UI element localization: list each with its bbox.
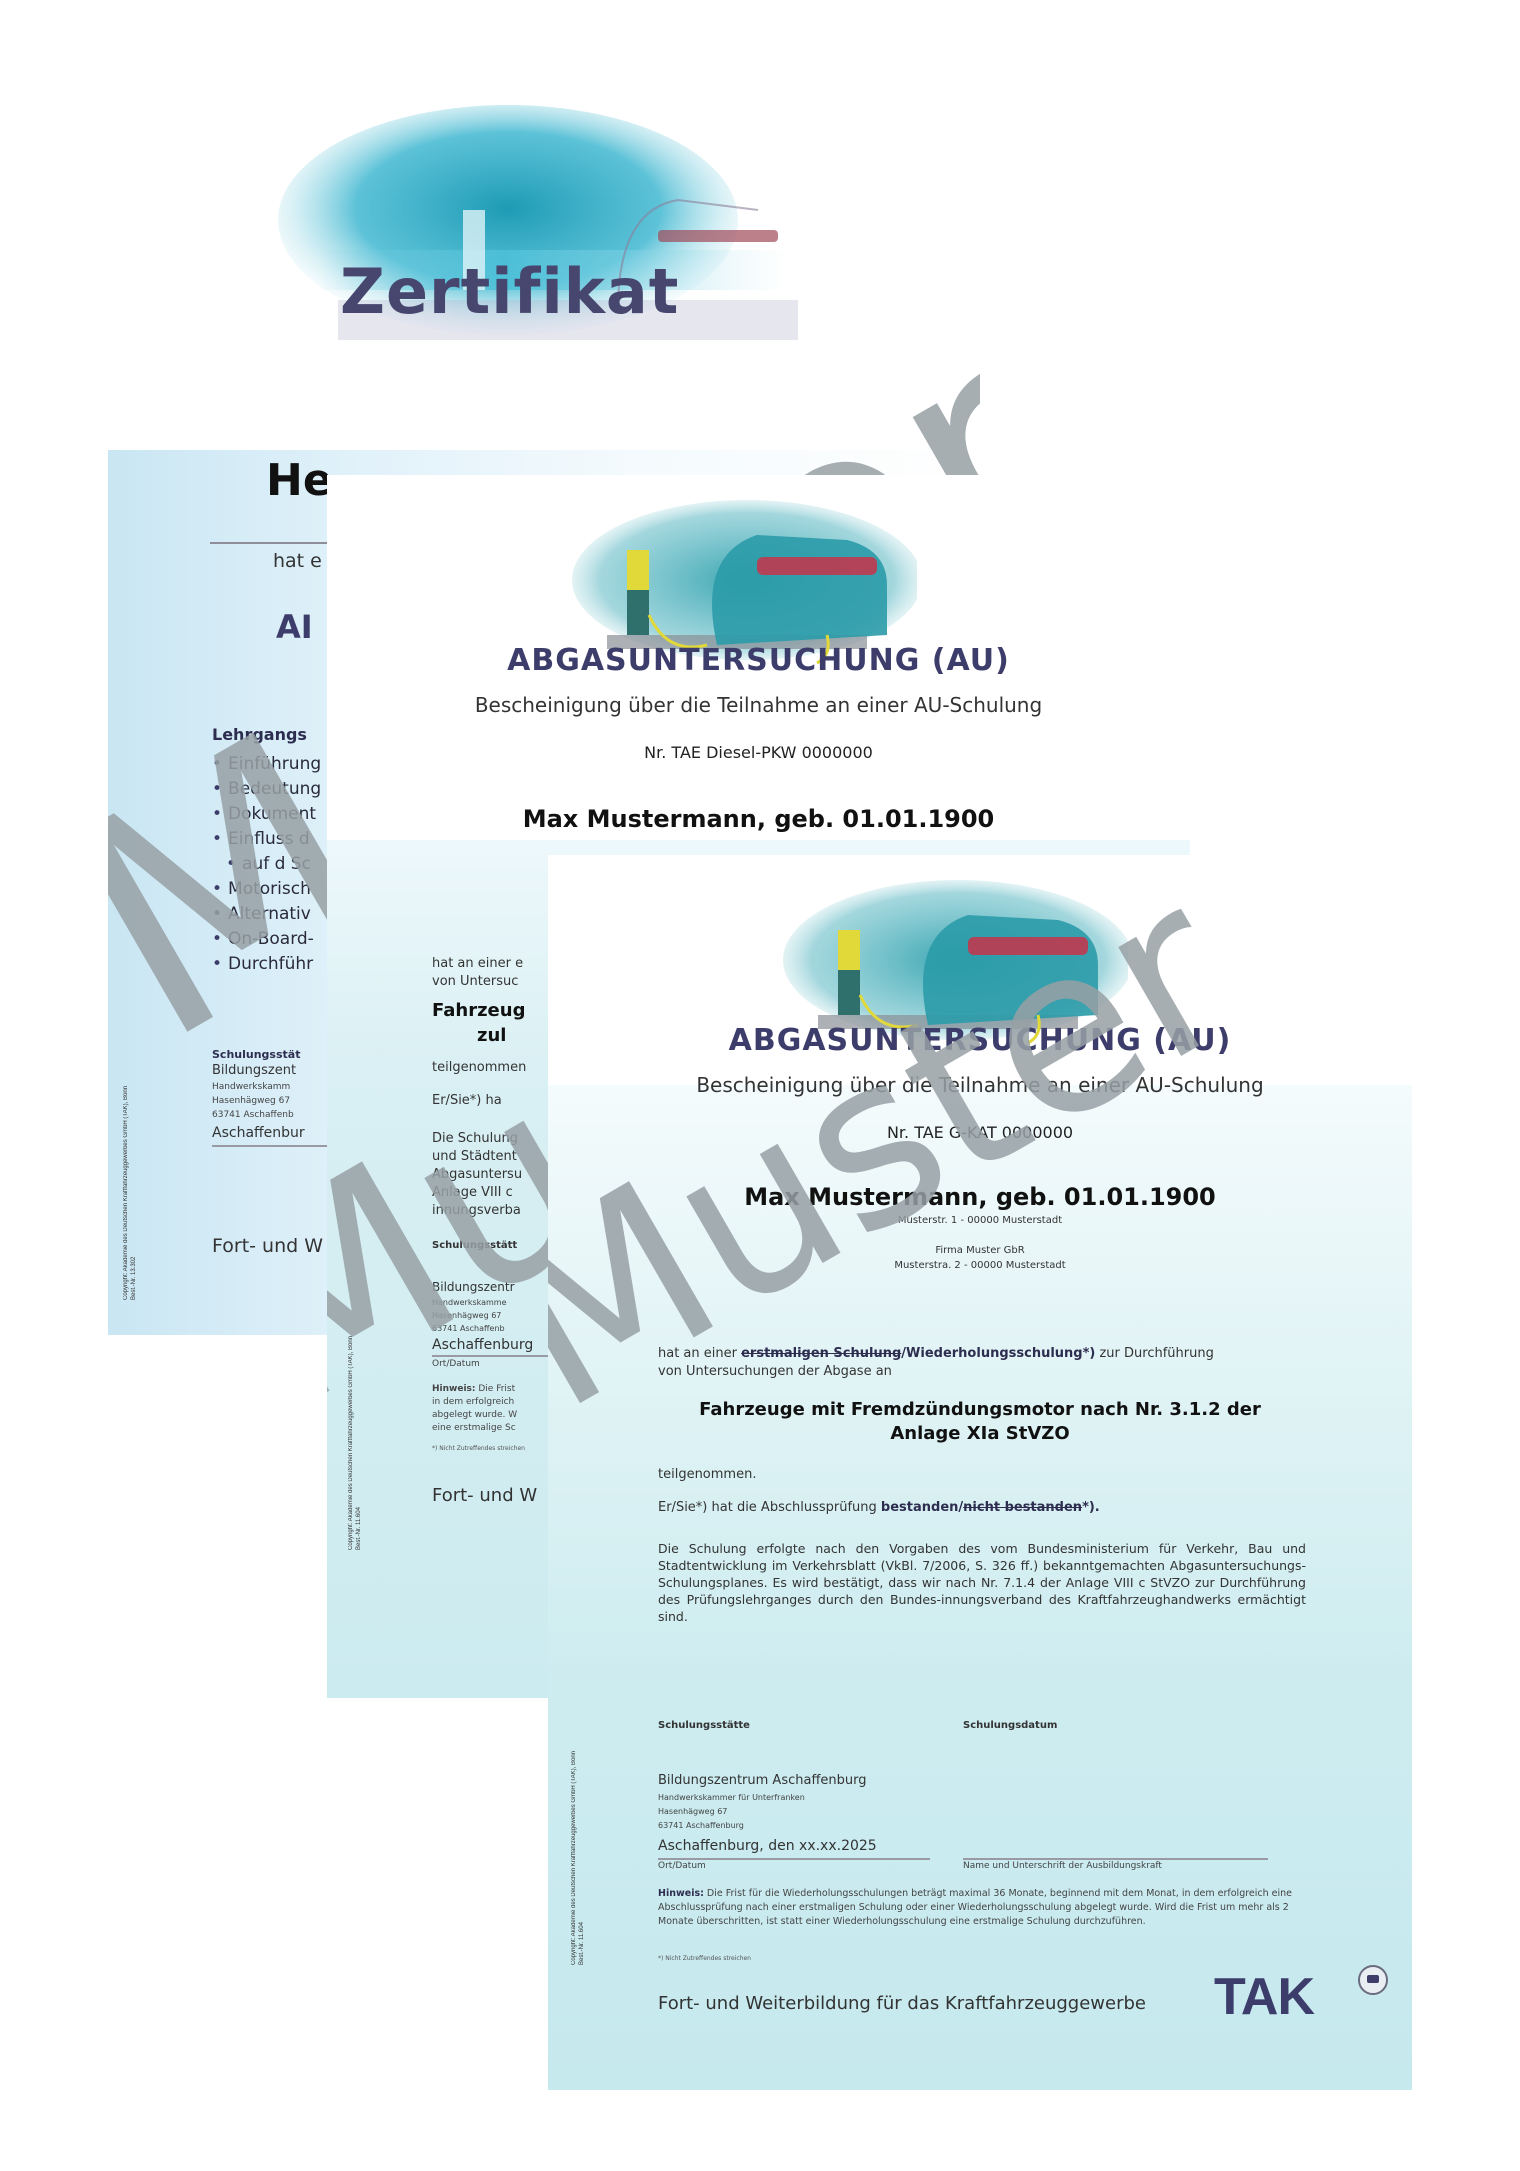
participated-text: teilgenommen	[432, 1060, 526, 1075]
car-exhaust-test-illustration	[567, 495, 917, 665]
exam-result: Er/Sie*) hat die Abschlussprüfung bestan…	[658, 1500, 1100, 1515]
place-date: Aschaffenburg	[432, 1337, 533, 1353]
vehicle-category-line: Fahrzeuge mit Fremdzündungsmotor nach Nr…	[548, 1398, 1412, 1422]
intro-text: hat an einer erstmaligen Schulung/Wieder…	[658, 1345, 1308, 1381]
topic-item: Einfluss d	[212, 827, 321, 852]
course-title-partial: AI	[276, 608, 313, 646]
topic-item: Dokument	[212, 802, 321, 827]
venue-address-line: Handwerkskamme	[432, 1296, 507, 1309]
result-passed: bestanden/	[881, 1500, 963, 1515]
result-suffix: *).	[1082, 1500, 1100, 1515]
legal-text-line: Abgasuntersu	[432, 1166, 522, 1184]
vehicle-category-line: Anlage XIa StVZO	[548, 1422, 1412, 1446]
intro-line: hat an einer e	[432, 955, 523, 973]
holder-name-partial: He	[266, 455, 333, 506]
gkat-au-certificate-sheet: ABGASUNTERSUCHUNG (AU) Bescheinigung übe…	[548, 855, 1412, 2090]
venue-name: Bildungszentr	[432, 1280, 515, 1294]
certificate-title: ABGASUNTERSUCHUNG (AU)	[548, 1023, 1412, 1058]
venue-address-line: Handwerkskamm	[212, 1080, 294, 1094]
place-date-label: Ort/Datum	[432, 1359, 480, 1369]
copyright-notice: Copyright: Akademie des Deutschen Kraftf…	[347, 1400, 363, 1550]
topic-item: Motorisch	[212, 877, 321, 902]
venue-address: Handwerkskammer für Unterfranken Hasenhä…	[658, 1791, 805, 1833]
venue-address-line: 63741 Aschaffenb	[212, 1108, 294, 1122]
vehicle-category: Fahrzeug	[432, 1000, 525, 1021]
company-address: Musterstra. 2 - 00000 Musterstadt	[548, 1258, 1412, 1273]
curriculum-heading: Lehrgangs	[212, 725, 307, 744]
note-label: Hinweis:	[432, 1384, 475, 1394]
exam-result: Er/Sie*) ha	[432, 1093, 502, 1108]
copyright-notice: Copyright: Akademie des Deutschen Kraftf…	[122, 1100, 138, 1300]
footnote: *) Nicht Zutreffendes streichen	[432, 1445, 525, 1452]
intro-prefix: hat an einer	[658, 1346, 741, 1361]
signature-line	[963, 1858, 1268, 1860]
car-exhaust-test-illustration	[768, 875, 1128, 1045]
topic-item: Durchführ	[212, 952, 321, 977]
tak-logo: TAK	[1214, 1967, 1314, 2027]
intro-text-partial: hat e	[273, 550, 322, 572]
venue-name: Bildungszentrum Aschaffenburg	[658, 1773, 867, 1788]
venue-address-line: Hasenhägweg 67	[432, 1309, 507, 1322]
legal-text-line: und Städtent	[432, 1148, 522, 1166]
venue-address-line: Hasenhägweg 67	[212, 1094, 294, 1108]
holder-name: Max Mustermann, geb. 01.01.1900	[327, 805, 1190, 833]
training-date-label: Schulungsdatum	[963, 1720, 1057, 1731]
certificate-title: ABGASUNTERSUCHUNG (AU)	[327, 643, 1190, 678]
venue-address-line: 63741 Aschaffenburg	[658, 1819, 805, 1833]
intro-line: von Untersuchungen der Abgase an	[658, 1363, 1308, 1381]
legal-text-line: Die Schulung	[432, 1130, 522, 1148]
venue-label: Schulungsstätt	[432, 1240, 517, 1251]
note-label: Hinweis:	[658, 1888, 704, 1899]
certificate-subtitle: Bescheinigung über die Teilnahme an eine…	[548, 1073, 1412, 1097]
footnote: *) Nicht Zutreffendes streichen	[658, 1955, 751, 1962]
footer-slogan: Fort- und Weiterbildung für das Kraftfah…	[658, 1993, 1146, 2014]
selected-option: /Wiederholungsschulung*)	[901, 1346, 1095, 1361]
topic-item: On-Board-	[212, 927, 321, 952]
venue-label: Schulungsstät	[212, 1048, 300, 1061]
legal-text-line: innungsverba	[432, 1202, 522, 1220]
intro-text: hat an einer e von Untersuc	[432, 955, 523, 991]
result-prefix: Er/Sie*) hat die Abschlussprüfung	[658, 1500, 881, 1515]
holder-address: Musterstr. 1 - 00000 Musterstadt	[548, 1215, 1412, 1226]
vehicle-category: Fahrzeuge mit Fremdzündungsmotor nach Nr…	[548, 1398, 1412, 1446]
company-block: Firma Muster GbR Musterstra. 2 - 00000 M…	[548, 1243, 1412, 1273]
footer-slogan: Fort- und W	[432, 1485, 537, 1506]
copyright-notice: Copyright: Akademie des Deutschen Kraftf…	[570, 1765, 586, 1965]
participated-text: teilgenommen.	[658, 1467, 756, 1482]
venue-address: Handwerkskamme Hasenhägweg 67 63741 Asch…	[432, 1296, 507, 1335]
place-date-line	[658, 1858, 930, 1860]
note-line: Die Frist	[478, 1384, 515, 1394]
certificate-title: Zertifikat	[340, 255, 679, 328]
signature-label: Name und Unterschrift der Ausbildungskra…	[963, 1861, 1162, 1871]
curriculum-topic-list: Einführung Bedeutung Dokument Einfluss d…	[212, 752, 321, 977]
note-text: Die Frist für die Wiederholungsschulunge…	[658, 1888, 1292, 1927]
note: Hinweis: Die Frist für die Wiederholungs…	[658, 1887, 1308, 1929]
place-date: Aschaffenbur	[212, 1125, 305, 1141]
footer-slogan: Fort- und W	[212, 1235, 323, 1257]
legal-text: Die Schulung erfolgte nach den Vorgaben …	[658, 1540, 1306, 1625]
venue-label: Schulungsstätte	[658, 1720, 750, 1731]
topic-item: Einführung	[212, 752, 321, 777]
place-date: Aschaffenburg, den xx.xx.2025	[658, 1838, 877, 1854]
certificate-number: Nr. TAE G-KAT 0000000	[548, 1123, 1412, 1142]
venue-address-line: 63741 Aschaffenb	[432, 1322, 507, 1335]
venue-address-line: Hasenhägweg 67	[658, 1805, 805, 1819]
legal-text-line: Anlage VIII c	[432, 1184, 522, 1202]
certificate-subtitle: Bescheinigung über die Teilnahme an eine…	[327, 693, 1190, 717]
tak-seal-icon	[1358, 1965, 1388, 1995]
holder-name: Max Mustermann, geb. 01.01.1900	[548, 1183, 1412, 1211]
intro-line: von Untersuc	[432, 973, 523, 991]
place-date-label: Ort/Datum	[658, 1861, 706, 1871]
venue-name: Bildungszent	[212, 1063, 296, 1078]
legal-text: Die Schulung und Städtent Abgasuntersu A…	[432, 1130, 522, 1220]
company-name: Firma Muster GbR	[548, 1243, 1412, 1258]
venue-address-line: Handwerkskammer für Unterfranken	[658, 1791, 805, 1805]
vehicle-category-line2: zul	[477, 1025, 506, 1046]
venue-address: Handwerkskamm Hasenhägweg 67 63741 Ascha…	[212, 1080, 294, 1122]
certificate-number: Nr. TAE Diesel-PKW 0000000	[327, 743, 1190, 762]
topic-item: Bedeutung	[212, 777, 321, 802]
struck-option: erstmaligen Schulung	[741, 1346, 901, 1361]
intro-suffix: zur Durchführung	[1095, 1346, 1214, 1361]
topic-item-continued: auf d Sc	[212, 852, 321, 877]
topic-item: Alternativ	[212, 902, 321, 927]
result-struck-option: nicht bestanden	[963, 1500, 1082, 1515]
